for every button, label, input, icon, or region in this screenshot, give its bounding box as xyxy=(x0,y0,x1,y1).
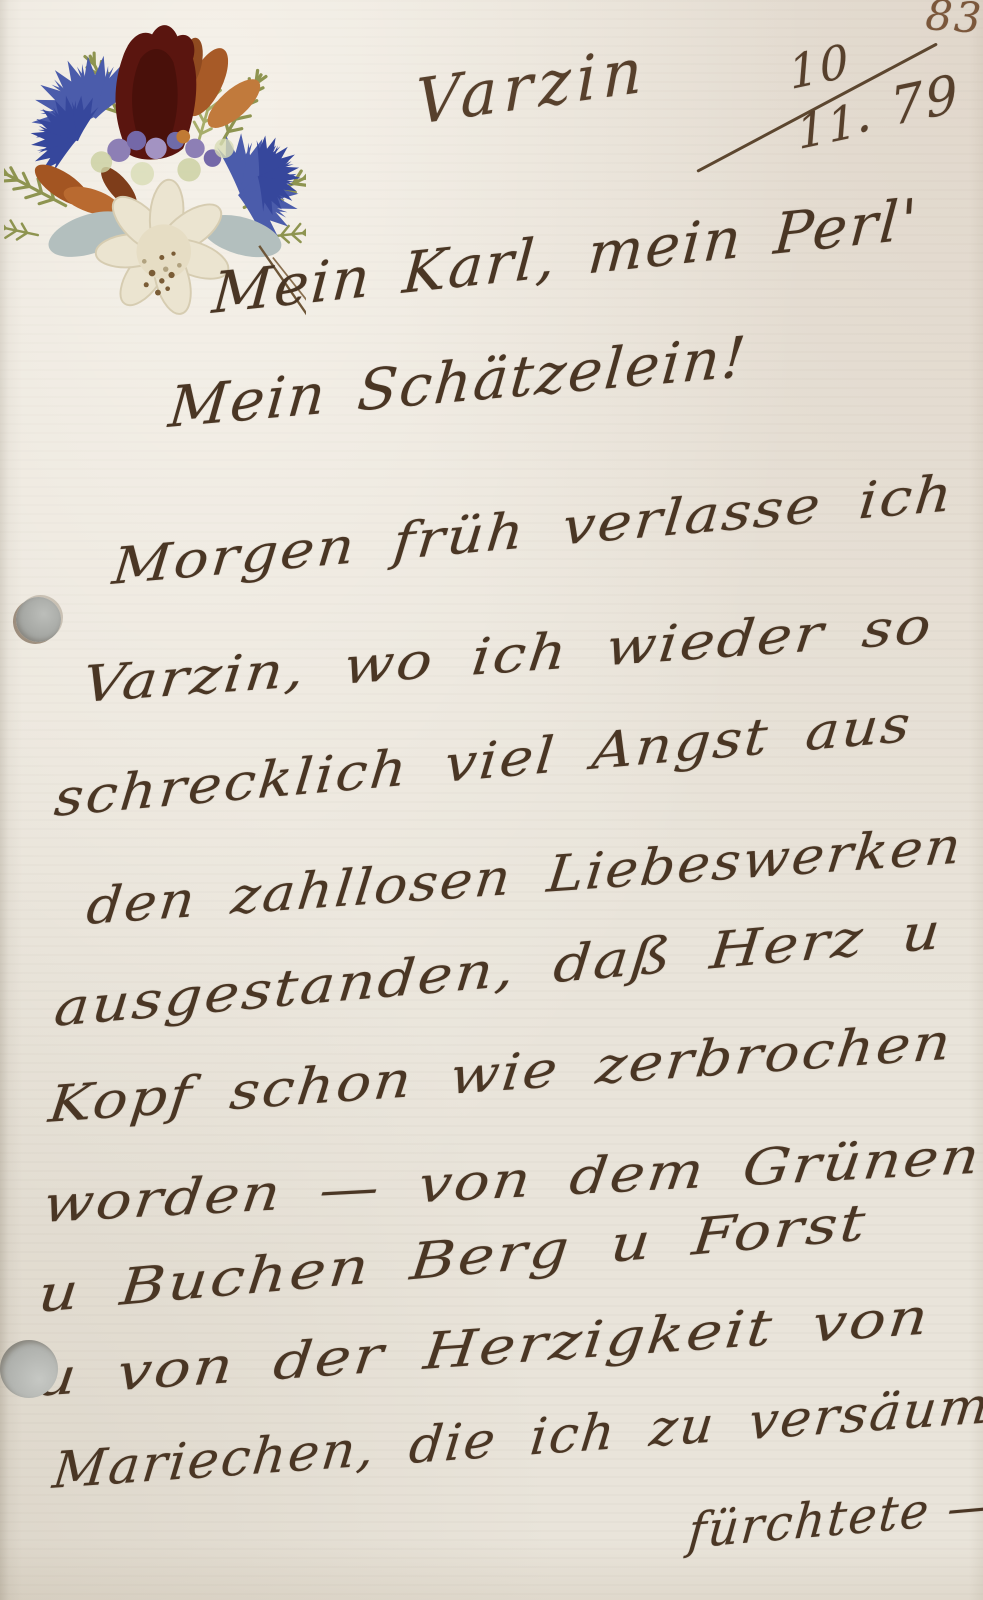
hole-punch xyxy=(16,597,61,642)
salutation-line-1: Mein Karl, mein Perl' xyxy=(210,187,921,327)
hole-punch xyxy=(0,1340,58,1398)
page-number: 83 xyxy=(924,0,983,43)
letter-page: 83 Varzin 10 11 . 79 Mein Karl, mein Per… xyxy=(0,0,983,1600)
salutation-line-2: Mein Schätzelein! xyxy=(166,325,750,441)
body-line: Varzin, wo ich wieder so xyxy=(80,596,936,714)
dateline-year: . 79 xyxy=(852,64,963,146)
dateline-day: 10 xyxy=(786,33,853,100)
body-line: Morgen früh verlasse ich xyxy=(110,464,957,596)
body-line: Kopf schon wie zerbrochen xyxy=(46,1012,956,1134)
body-line-last: fürchtete — xyxy=(686,1476,983,1560)
dateline-month: 11 xyxy=(794,93,861,160)
dateline-place: Varzin xyxy=(416,33,648,139)
body-line: schrecklich viel Angst aus xyxy=(52,694,915,828)
